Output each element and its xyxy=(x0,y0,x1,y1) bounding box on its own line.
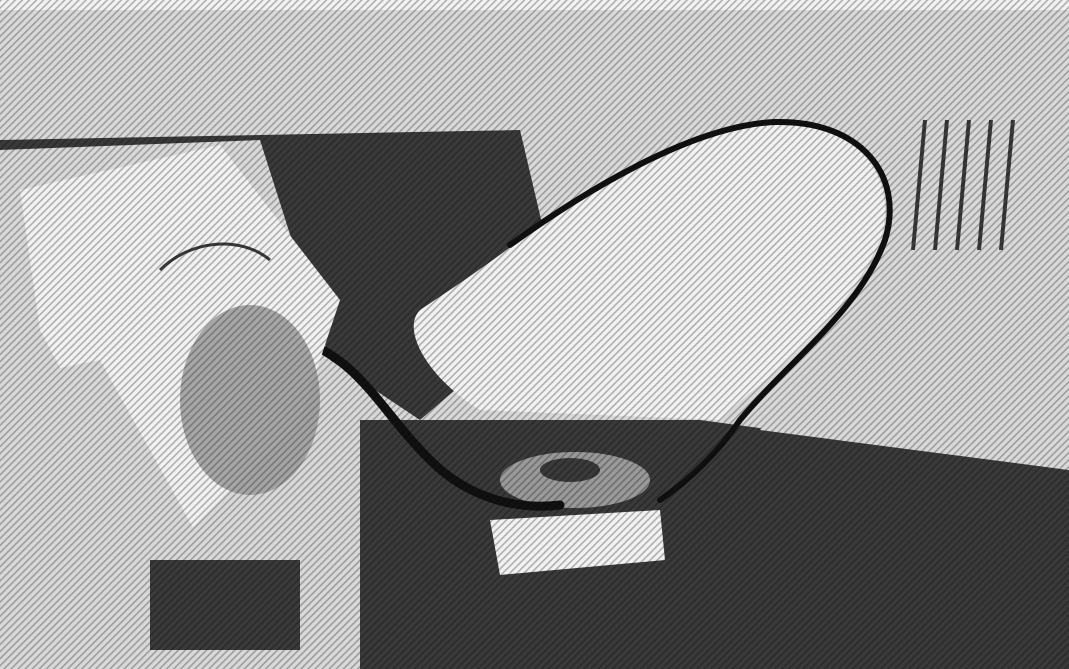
halftone-photo xyxy=(0,0,1069,669)
photo-scene xyxy=(0,0,1069,669)
halftone-screen xyxy=(0,0,1069,669)
